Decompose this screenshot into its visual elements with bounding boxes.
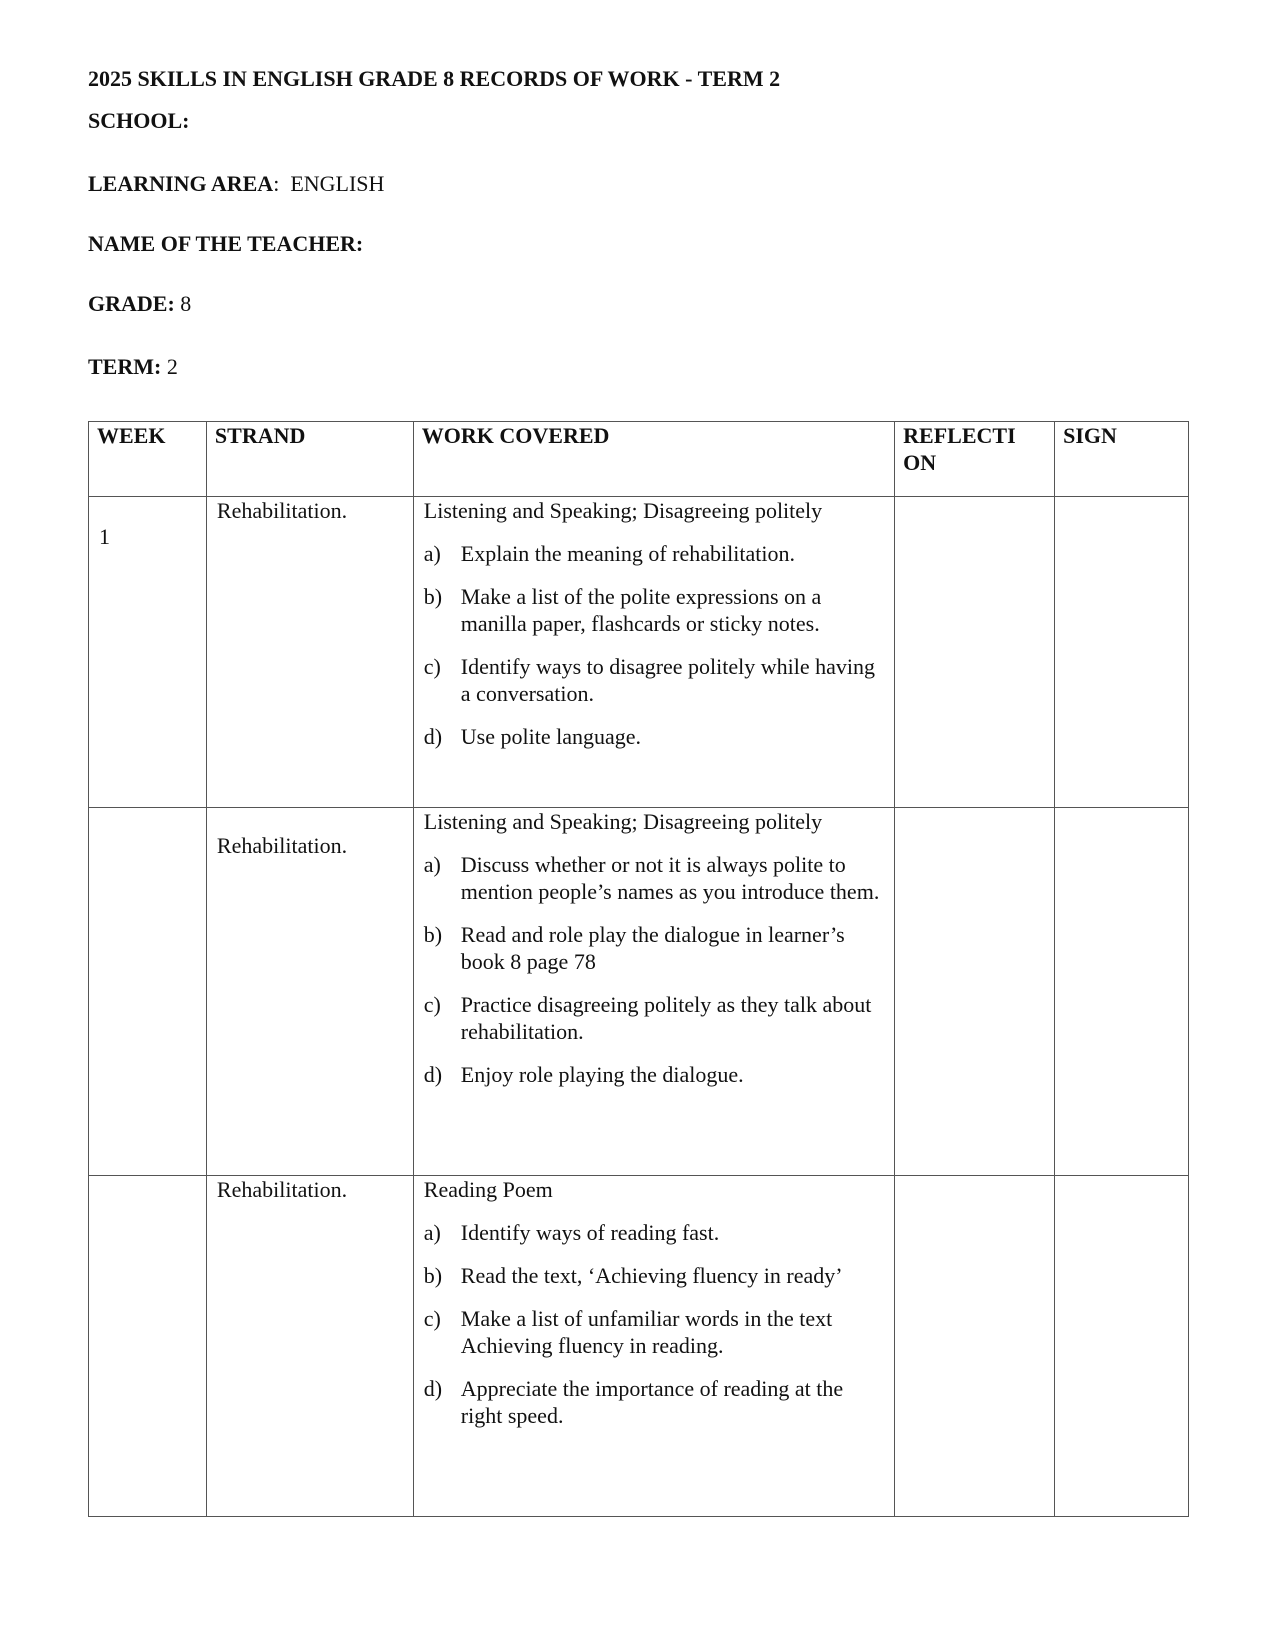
work-covered-cell: Reading Poem a)Identify ways of reading … — [413, 1176, 894, 1517]
week-cell — [89, 808, 207, 1176]
work-items: a)Explain the meaning of rehabilitation.… — [424, 540, 884, 750]
teacher-field: NAME OF THE TEACHER: — [88, 231, 363, 257]
list-item: a)Explain the meaning of rehabilitation. — [424, 540, 884, 567]
work-title: Listening and Speaking; Disagreeing poli… — [424, 497, 884, 524]
strand-cell: Rehabilitation. — [206, 497, 413, 808]
teacher-label: NAME OF THE TEACHER: — [88, 231, 363, 256]
list-item: d)Use polite language. — [424, 723, 884, 750]
list-item: b)Read the text, ‘Achieving fluency in r… — [424, 1262, 884, 1289]
header-work-covered: WORK COVERED — [413, 422, 894, 497]
week-cell — [89, 1176, 207, 1517]
reflection-cell[interactable] — [895, 1176, 1055, 1517]
learning-area-field: LEARNING AREA: ENGLISH — [88, 171, 384, 197]
learning-area-value: ENGLISH — [290, 171, 384, 196]
sign-cell[interactable] — [1055, 1176, 1189, 1517]
school-field: SCHOOL: — [88, 108, 189, 134]
school-label: SCHOOL: — [88, 108, 189, 133]
sign-cell[interactable] — [1055, 808, 1189, 1176]
header-strand: STRAND — [206, 422, 413, 497]
table-header-row: WEEK STRAND WORK COVERED REFLECTI ON SIG… — [89, 422, 1189, 497]
table-row: 1 Rehabilitation. Listening and Speaking… — [89, 497, 1189, 808]
document-title: 2025 SKILLS IN ENGLISH GRADE 8 RECORDS O… — [88, 66, 780, 92]
work-items: a)Identify ways of reading fast. b)Read … — [424, 1219, 884, 1429]
list-item: d)Appreciate the importance of reading a… — [424, 1375, 884, 1429]
grade-field: GRADE: 8 — [88, 291, 191, 317]
strand-cell: Rehabilitation. — [206, 808, 413, 1176]
term-field: TERM: 2 — [88, 354, 178, 380]
header-week: WEEK — [89, 422, 207, 497]
list-item: c)Practice disagreeing politely as they … — [424, 991, 884, 1045]
table-row: Rehabilitation. Listening and Speaking; … — [89, 808, 1189, 1176]
learning-area-label: LEARNING AREA — [88, 171, 273, 196]
work-covered-cell: Listening and Speaking; Disagreeing poli… — [413, 497, 894, 808]
week-cell: 1 — [89, 497, 207, 808]
reflection-cell[interactable] — [895, 497, 1055, 808]
work-title: Reading Poem — [424, 1176, 884, 1203]
list-item: c)Identify ways to disagree politely whi… — [424, 653, 884, 707]
list-item: a)Identify ways of reading fast. — [424, 1219, 884, 1246]
work-covered-cell: Listening and Speaking; Disagreeing poli… — [413, 808, 894, 1176]
work-title: Listening and Speaking; Disagreeing poli… — [424, 808, 884, 835]
reflection-cell[interactable] — [895, 808, 1055, 1176]
work-items: a)Discuss whether or not it is always po… — [424, 851, 884, 1088]
grade-value: 8 — [180, 291, 191, 316]
list-item: b)Make a list of the polite expressions … — [424, 583, 884, 637]
list-item: c)Make a list of unfamiliar words in the… — [424, 1305, 884, 1359]
grade-label: GRADE: — [88, 291, 175, 316]
strand-cell: Rehabilitation. — [206, 1176, 413, 1517]
header-sign: SIGN — [1055, 422, 1189, 497]
header-reflection: REFLECTI ON — [895, 422, 1055, 497]
term-label: TERM: — [88, 354, 161, 379]
list-item: b)Read and role play the dialogue in lea… — [424, 921, 884, 975]
term-value: 2 — [167, 354, 178, 379]
sign-cell[interactable] — [1055, 497, 1189, 808]
list-item: a)Discuss whether or not it is always po… — [424, 851, 884, 905]
records-of-work-table: WEEK STRAND WORK COVERED REFLECTI ON SIG… — [88, 421, 1189, 1517]
table-row: Rehabilitation. Reading Poem a)Identify … — [89, 1176, 1189, 1517]
list-item: d)Enjoy role playing the dialogue. — [424, 1061, 884, 1088]
